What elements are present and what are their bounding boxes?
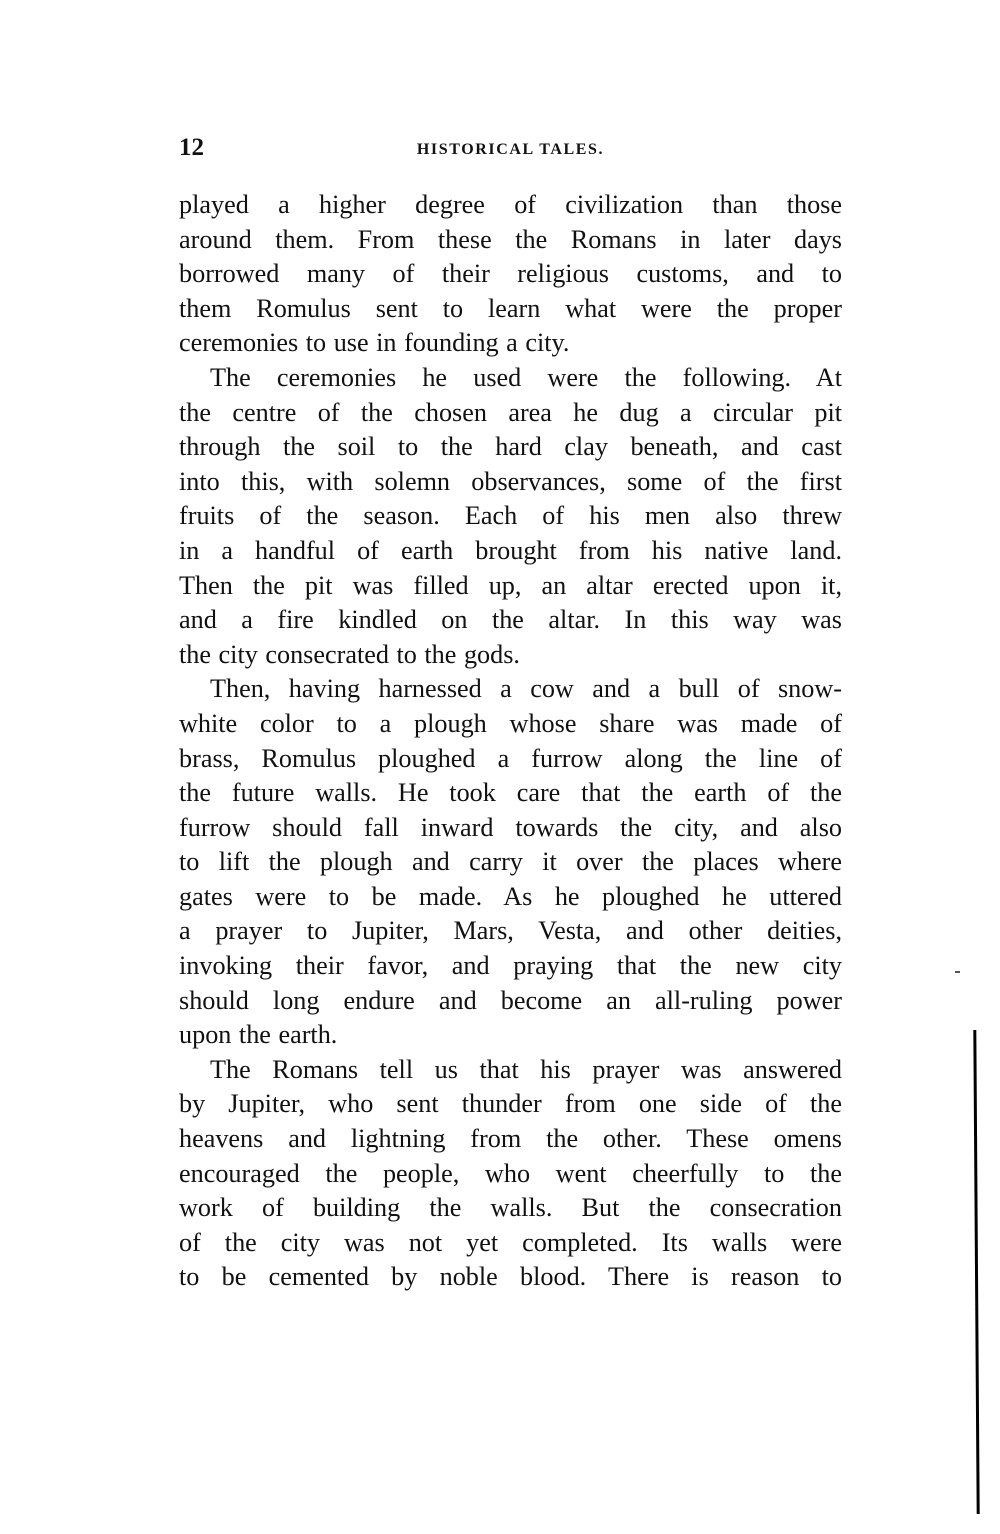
scan-page-edge — [973, 1030, 979, 1514]
text-line: upon the earth. — [179, 1018, 842, 1053]
text-line: borrowed many of their religious customs… — [179, 257, 842, 292]
text-line: work of building the walls. But the cons… — [179, 1191, 842, 1226]
text-line: and a fire kindled on the altar. In this… — [179, 603, 842, 638]
text-line: through the soil to the hard clay beneat… — [179, 430, 842, 465]
text-line: heavens and lightning from the other. Th… — [179, 1122, 842, 1157]
text-line: to be cemented by noble blood. There is … — [179, 1260, 842, 1295]
text-line: a prayer to Jupiter, Mars, Vesta, and ot… — [179, 914, 842, 949]
text-line: to lift the plough and carry it over the… — [179, 845, 842, 880]
text-line: invoking their favor, and praying that t… — [179, 949, 842, 984]
text-line: furrow should fall inward towards the ci… — [179, 811, 842, 846]
text-line: the city consecrated to the gods. — [179, 638, 842, 673]
text-line: The Romans tell us that his prayer was a… — [179, 1053, 842, 1088]
body-text: played a higher degree of civilization t… — [179, 188, 842, 1295]
text-line: ceremonies to use in founding a city. — [179, 326, 842, 361]
book-page: 12 HISTORICAL TALES. played a higher deg… — [179, 130, 842, 1295]
text-line: played a higher degree of civilization t… — [179, 188, 842, 223]
text-line: white color to a plough whose share was … — [179, 707, 842, 742]
running-title: HISTORICAL TALES. — [179, 132, 842, 168]
text-line: by Jupiter, who sent thunder from one si… — [179, 1087, 842, 1122]
text-line: Then the pit was filled up, an altar ere… — [179, 569, 842, 604]
paragraph: Then, having harnessed a cow and a bull … — [179, 672, 842, 1053]
text-line: them Romulus sent to learn what were the… — [179, 292, 842, 327]
text-line: of the city was not yet completed. Its w… — [179, 1226, 842, 1261]
text-line: Then, having harnessed a cow and a bull … — [179, 672, 842, 707]
paragraph: played a higher degree of civilization t… — [179, 188, 842, 361]
text-line: around them. From these the Romans in la… — [179, 223, 842, 258]
text-line: into this, with solemn observances, some… — [179, 465, 842, 500]
text-line: brass, Romulus ploughed a furrow along t… — [179, 742, 842, 777]
text-line: should long endure and become an all-rul… — [179, 984, 842, 1019]
text-line: gates were to be made. As he ploughed he… — [179, 880, 842, 915]
running-head: 12 HISTORICAL TALES. — [179, 130, 842, 166]
scan-artifact-mark — [955, 971, 960, 973]
text-line: in a handful of earth brought from his n… — [179, 534, 842, 569]
paragraph: The ceremonies he used were the followin… — [179, 361, 842, 672]
text-line: the centre of the chosen area he dug a c… — [179, 396, 842, 431]
text-line: fruits of the season. Each of his men al… — [179, 499, 842, 534]
text-line: encouraged the people, who went cheerful… — [179, 1157, 842, 1192]
paragraph: The Romans tell us that his prayer was a… — [179, 1053, 842, 1295]
text-line: the future walls. He took care that the … — [179, 776, 842, 811]
text-line: The ceremonies he used were the followin… — [179, 361, 842, 396]
